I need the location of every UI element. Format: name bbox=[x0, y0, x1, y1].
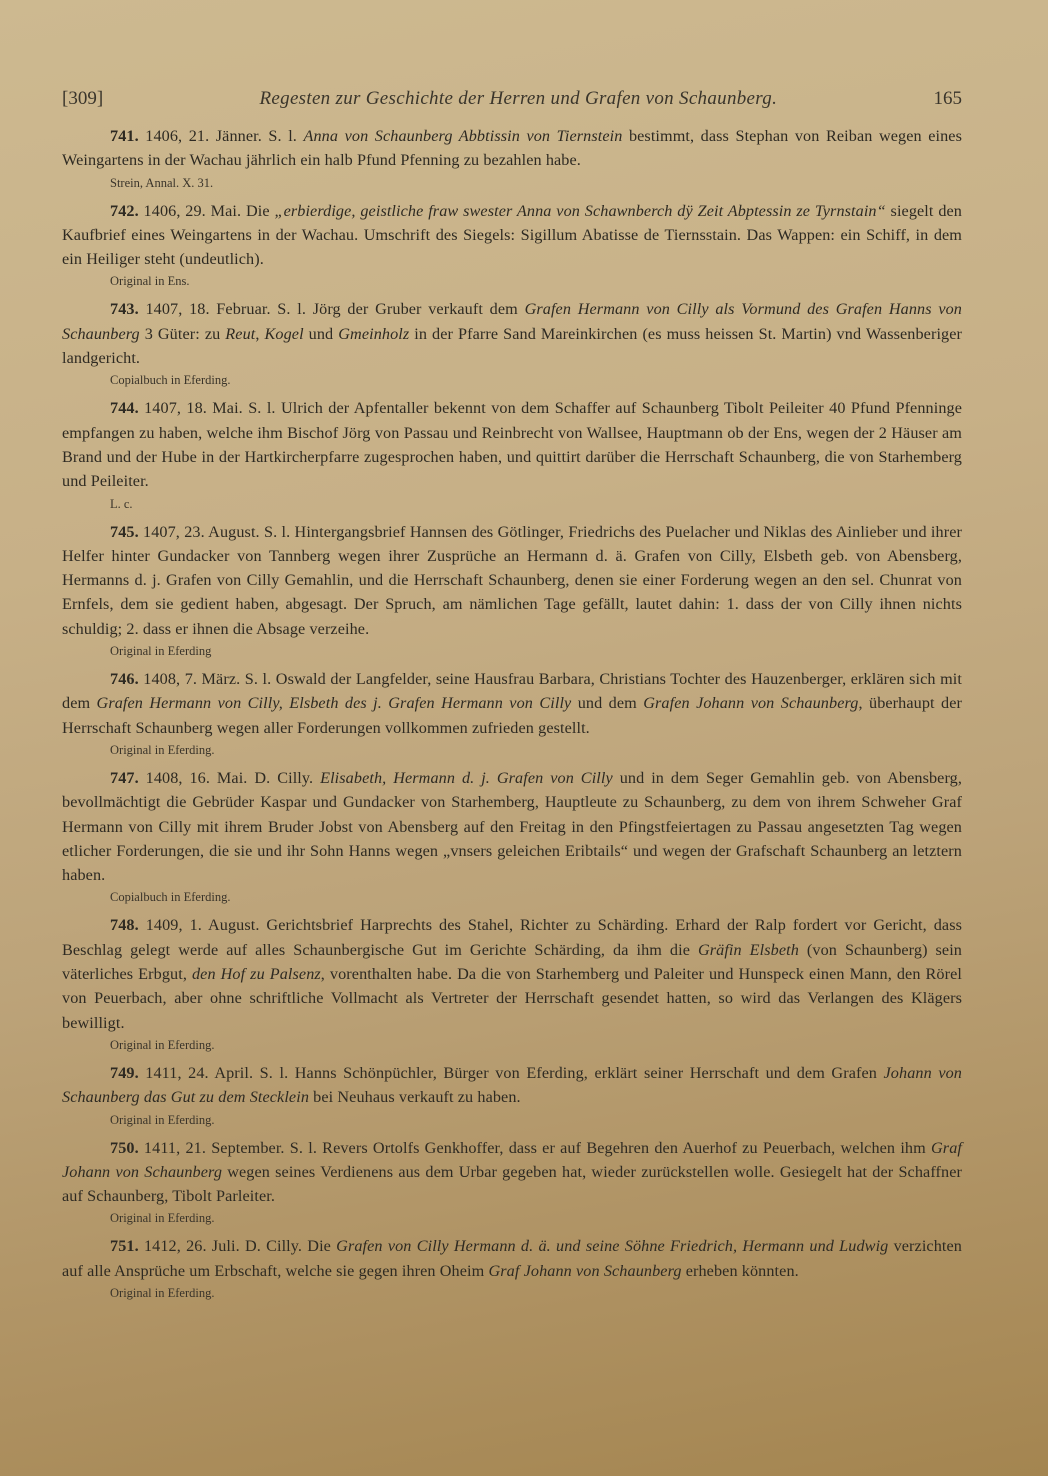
regest-entry: 741. 1406, 21. Jänner. S. l. Anna von Sc… bbox=[62, 124, 962, 193]
entry-text: 745. 1407, 23. August. S. l. Hintergangs… bbox=[62, 520, 962, 641]
text-segment: 1408, 16. Mai. D. Cilly. bbox=[139, 769, 320, 787]
text-segment: 1406, 29. Mai. Die bbox=[139, 202, 275, 220]
page-number: 165 bbox=[933, 88, 962, 110]
regest-entry: 743. 1407, 18. Februar. S. l. Jörg der G… bbox=[62, 297, 962, 390]
regest-entry: 746. 1408, 7. März. S. l. Oswald der Lan… bbox=[62, 667, 962, 760]
regest-entry: 751. 1412, 26. Juli. D. Cilly. Die Grafe… bbox=[62, 1234, 962, 1303]
italic-name: Anna von Schaunberg Abbtissin von Tierns… bbox=[303, 127, 622, 145]
entry-source: Original in Eferding. bbox=[110, 741, 962, 760]
text-segment: 1406, 21. Jänner. S. l. bbox=[139, 127, 304, 145]
regest-entry: 750. 1411, 21. September. S. l. Revers O… bbox=[62, 1136, 962, 1229]
text-segment: und dem bbox=[571, 694, 643, 712]
entry-text: 744. 1407, 18. Mai. S. l. Ulrich der Apf… bbox=[62, 396, 962, 493]
italic-name: den Hof zu Palsenz bbox=[192, 965, 321, 983]
entry-number: 746. bbox=[110, 670, 139, 688]
text-segment: und bbox=[304, 325, 339, 343]
entry-source: Copialbuch in Eferding. bbox=[110, 888, 962, 907]
running-header: [309] Regesten zur Geschichte der Herren… bbox=[62, 88, 962, 110]
text-segment: 1411, 21. September. S. l. Revers Ortolf… bbox=[139, 1139, 931, 1157]
text-segment: 1407, 18. Februar. S. l. Jörg der Gruber… bbox=[139, 300, 525, 318]
text-segment: 1412, 26. Juli. D. Cilly. Die bbox=[139, 1237, 336, 1255]
text-segment: 1411, 24. April. S. l. Hanns Schönpüchle… bbox=[139, 1064, 884, 1082]
entry-number: 741. bbox=[110, 127, 139, 145]
text-segment: 3 Güter: zu bbox=[140, 325, 226, 343]
entry-number: 745. bbox=[110, 523, 139, 541]
regest-entry: 749. 1411, 24. April. S. l. Hanns Schönp… bbox=[62, 1061, 962, 1130]
italic-name: Grafen von Cilly Hermann d. ä. und seine… bbox=[336, 1237, 888, 1255]
regest-entry: 747. 1408, 16. Mai. D. Cilly. Elisabeth,… bbox=[62, 766, 962, 907]
entry-number: 748. bbox=[110, 916, 139, 934]
entry-text: 743. 1407, 18. Februar. S. l. Jörg der G… bbox=[62, 297, 962, 370]
regest-entry: 744. 1407, 18. Mai. S. l. Ulrich der Apf… bbox=[62, 396, 962, 513]
regest-entry: 742. 1406, 29. Mai. Die „erbierdige, gei… bbox=[62, 199, 962, 292]
entry-text: 749. 1411, 24. April. S. l. Hanns Schönp… bbox=[62, 1061, 962, 1110]
entry-text: 742. 1406, 29. Mai. Die „erbierdige, gei… bbox=[62, 199, 962, 272]
text-segment: 1407, 18. Mai. S. l. Ulrich der Apfental… bbox=[62, 399, 962, 490]
bracket-page-number: [309] bbox=[62, 88, 103, 110]
entry-source: Copialbuch in Eferding. bbox=[110, 371, 962, 390]
document-page: [309] Regesten zur Geschichte der Herren… bbox=[62, 88, 962, 1309]
running-title: Regesten zur Geschichte der Herren und G… bbox=[260, 88, 778, 110]
entry-source: Original in Eferding bbox=[110, 642, 962, 661]
entry-source: Strein, Annal. X. 31. bbox=[110, 174, 962, 193]
entry-text: 750. 1411, 21. September. S. l. Revers O… bbox=[62, 1136, 962, 1209]
regest-entry: 748. 1409, 1. August. Gerichtsbrief Harp… bbox=[62, 913, 962, 1054]
italic-name: Grafen Johann von Schaunberg bbox=[643, 694, 858, 712]
entry-text: 747. 1408, 16. Mai. D. Cilly. Elisabeth,… bbox=[62, 766, 962, 887]
entry-number: 743. bbox=[110, 300, 139, 318]
entry-source: L. c. bbox=[110, 495, 962, 514]
text-segment: 1407, 23. August. S. l. Hintergangsbrief… bbox=[62, 523, 962, 638]
entry-number: 747. bbox=[110, 769, 139, 787]
italic-name: Elisabeth, Hermann d. j. Grafen von Cill… bbox=[320, 769, 613, 787]
italic-name: „erbierdige, geistliche fraw swester Ann… bbox=[274, 202, 885, 220]
italic-name: Kogel bbox=[265, 325, 304, 343]
entry-number: 749. bbox=[110, 1064, 139, 1082]
text-segment: , bbox=[255, 325, 264, 343]
italic-name: Grafen Hermann von Cilly, Elsbeth des j.… bbox=[97, 694, 572, 712]
entry-number: 742. bbox=[110, 202, 139, 220]
entry-number: 750. bbox=[110, 1139, 139, 1157]
entry-source: Original in Eferding. bbox=[110, 1209, 962, 1228]
regesten-list: 741. 1406, 21. Jänner. S. l. Anna von Sc… bbox=[62, 124, 962, 1303]
entry-source: Original in Eferding. bbox=[110, 1111, 962, 1130]
entry-text: 741. 1406, 21. Jänner. S. l. Anna von Sc… bbox=[62, 124, 962, 173]
entry-source: Original in Eferding. bbox=[110, 1036, 962, 1055]
text-segment: bei Neuhaus verkauft zu haben. bbox=[309, 1088, 521, 1106]
entry-number: 751. bbox=[110, 1237, 139, 1255]
regest-entry: 745. 1407, 23. August. S. l. Hintergangs… bbox=[62, 520, 962, 661]
italic-name: Reut bbox=[225, 325, 255, 343]
italic-name: Gmeinholz bbox=[338, 325, 409, 343]
entry-number: 744. bbox=[110, 399, 139, 417]
entry-text: 751. 1412, 26. Juli. D. Cilly. Die Grafe… bbox=[62, 1234, 962, 1283]
italic-name: Graf Johann von Schaunberg bbox=[488, 1262, 681, 1280]
entry-text: 746. 1408, 7. März. S. l. Oswald der Lan… bbox=[62, 667, 962, 740]
entry-source: Original in Ens. bbox=[110, 272, 962, 291]
text-segment: erheben könnten. bbox=[682, 1262, 799, 1280]
italic-name: Gräfin Elsbeth bbox=[698, 941, 799, 959]
entry-source: Original in Eferding. bbox=[110, 1284, 962, 1303]
entry-text: 748. 1409, 1. August. Gerichtsbrief Harp… bbox=[62, 913, 962, 1034]
